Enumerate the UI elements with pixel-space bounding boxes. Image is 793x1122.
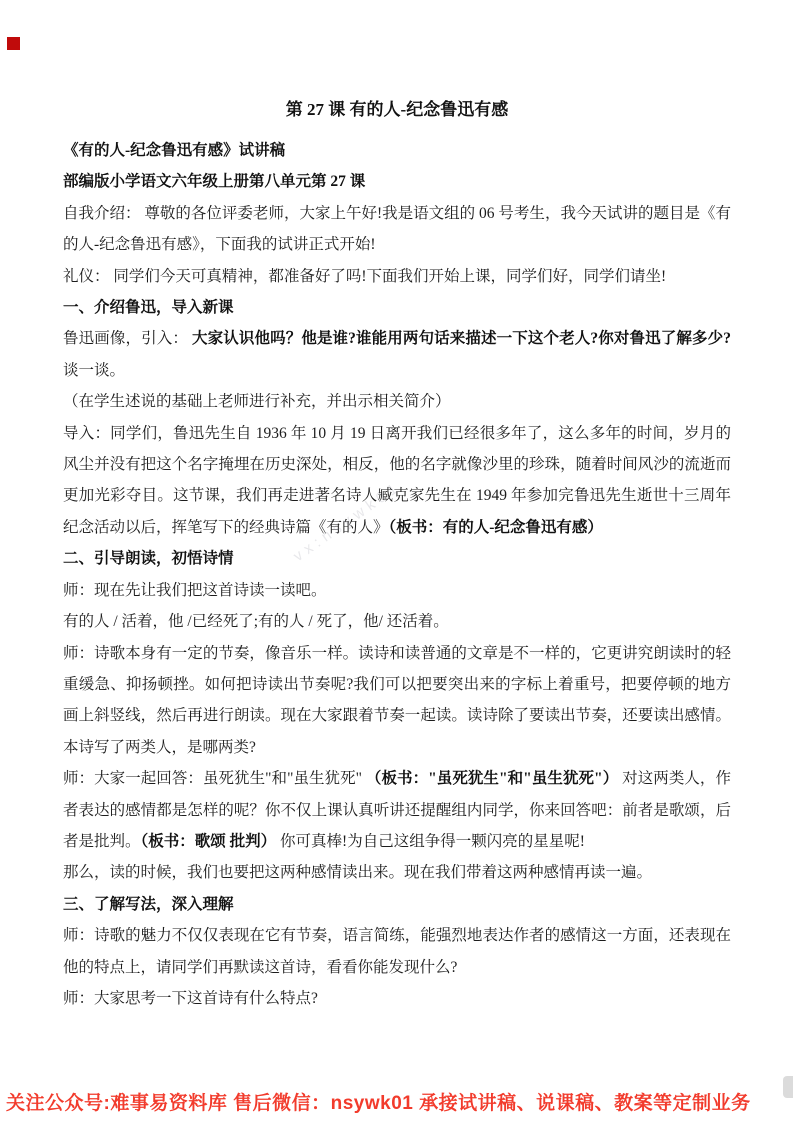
- text-run: （板书：有的人-纪念鲁迅有感）: [389, 519, 603, 536]
- para-think-features: 师：大家思考一下这首诗有什么特点?: [63, 983, 731, 1014]
- para-teacher-note: （在学生述说的基础上老师进行补充，并出示相关简介）: [63, 386, 731, 417]
- text-run: 师：诗歌的魅力不仅仅表现在它有节奏，语言简练，能强烈地表达作者的感情这一方面，还…: [63, 927, 731, 975]
- para-lead-in: 导入：同学们，鲁迅先生自 1936 年 10 月 19 日离开我们已经很多年了，…: [63, 418, 731, 544]
- text-run: 师：大家思考一下这首诗有什么特点?: [63, 990, 318, 1007]
- text-run: （在学生述说的基础上老师进行补充，并出示相关简介）: [63, 393, 451, 410]
- text-run: 大家认识他吗？他是谁?谁能用两句话来描述一下这个老人?你对鲁迅了解多少?: [192, 330, 731, 347]
- text-run: 《有的人-纪念鲁迅有感》试讲稿: [63, 142, 285, 159]
- para-poem-line: 有的人 / 活着，他 /已经死了;有的人 / 死了，他/ 还活着。: [63, 606, 731, 637]
- subtitle-textbook-info: 部编版小学语文六年级上册第八单元第 27 课: [63, 166, 731, 197]
- text-run: 自我介绍： 尊敬的各位评委老师，大家上午好!我是语文组的 06 号考生，我今天试…: [63, 205, 731, 253]
- text-run: 谈一谈。: [63, 362, 125, 379]
- para-read-with-feeling: 那么，读的时候，我们也要把这两种感情读出来。现在我们带着这两种感情再读一遍。: [63, 857, 731, 888]
- text-run: 那么，读的时候，我们也要把这两种感情读出来。现在我们带着这两种感情再读一遍。: [63, 864, 652, 881]
- text-run: 鲁迅画像，引入：: [63, 330, 192, 347]
- page-title: 第 27 课 有的人-纪念鲁迅有感: [63, 97, 731, 123]
- text-run: 礼仪： 同学们今天可真精神，都准备好了吗!下面我们开始上课，同学们好，同学们请坐…: [63, 268, 666, 285]
- text-run: 三、了解写法，深入理解: [63, 896, 234, 913]
- text-run: 一、介绍鲁迅，导入新课: [63, 299, 234, 316]
- section-heading-2: 二、引导朗读，初悟诗情: [63, 543, 731, 574]
- text-run: 师：诗歌本身有一定的节奏，像音乐一样。读诗和读普通的文章是不一样的，它更讲究朗读…: [63, 645, 731, 756]
- section-heading-3: 三、了解写法，深入理解: [63, 889, 731, 920]
- document-body: 《有的人-纪念鲁迅有感》试讲稿部编版小学语文六年级上册第八单元第 27 课自我介…: [63, 135, 731, 1014]
- para-etiquette: 礼仪： 同学们今天可真精神，都准备好了吗!下面我们开始上课，同学们好，同学们请坐…: [63, 261, 731, 292]
- text-run: （板书："虽死犹生"和"虽生犹死"）: [366, 770, 618, 787]
- text-run: 部编版小学语文六年级上册第八单元第 27 课: [63, 173, 365, 190]
- text-run: 你可真棒!为自己这组争得一颗闪亮的星星呢!: [276, 833, 585, 850]
- promo-footer-text: 关注公众号:难事易资料库 售后微信：nsywk01 承接试讲稿、说课稿、教案等定…: [6, 1088, 787, 1115]
- para-two-kinds: 师：大家一起回答：虽死犹生"和"虽生犹死" （板书："虽死犹生"和"虽生犹死"）…: [63, 763, 731, 857]
- para-self-introduction: 自我介绍： 尊敬的各位评委老师，大家上午好!我是语文组的 06 号考生，我今天试…: [63, 198, 731, 261]
- para-poem-charm: 师：诗歌的魅力不仅仅表现在它有节奏，语言简练，能强烈地表达作者的感情这一方面，还…: [63, 920, 731, 983]
- para-rhythm: 师：诗歌本身有一定的节奏，像音乐一样。读诗和读普通的文章是不一样的，它更讲究朗读…: [63, 638, 731, 764]
- document-page: 第 27 课 有的人-纪念鲁迅有感 《有的人-纪念鲁迅有感》试讲稿部编版小学语文…: [0, 0, 793, 1122]
- red-square-marker: [7, 37, 20, 50]
- para-read-poem: 师：现在先让我们把这首诗读一读吧。: [63, 575, 731, 606]
- text-run: 师：现在先让我们把这首诗读一读吧。: [63, 582, 327, 599]
- text-run: 有的人 / 活着，他 /已经死了;有的人 / 死了，他/ 还活着。: [63, 613, 449, 630]
- subtitle-script-name: 《有的人-纪念鲁迅有感》试讲稿: [63, 135, 731, 166]
- text-run: 二、引导朗读，初悟诗情: [63, 550, 234, 567]
- text-run: （板书：歌颂 批判）: [141, 833, 277, 850]
- text-run: 师：大家一起回答：虽死犹生"和"虽生犹死": [63, 770, 366, 787]
- document-content: 第 27 课 有的人-纪念鲁迅有感 《有的人-纪念鲁迅有感》试讲稿部编版小学语文…: [63, 97, 731, 1014]
- para-luxun-portrait: 鲁迅画像，引入： 大家认识他吗？他是谁?谁能用两句话来描述一下这个老人?你对鲁迅…: [63, 323, 731, 386]
- section-heading-1: 一、介绍鲁迅，导入新课: [63, 292, 731, 323]
